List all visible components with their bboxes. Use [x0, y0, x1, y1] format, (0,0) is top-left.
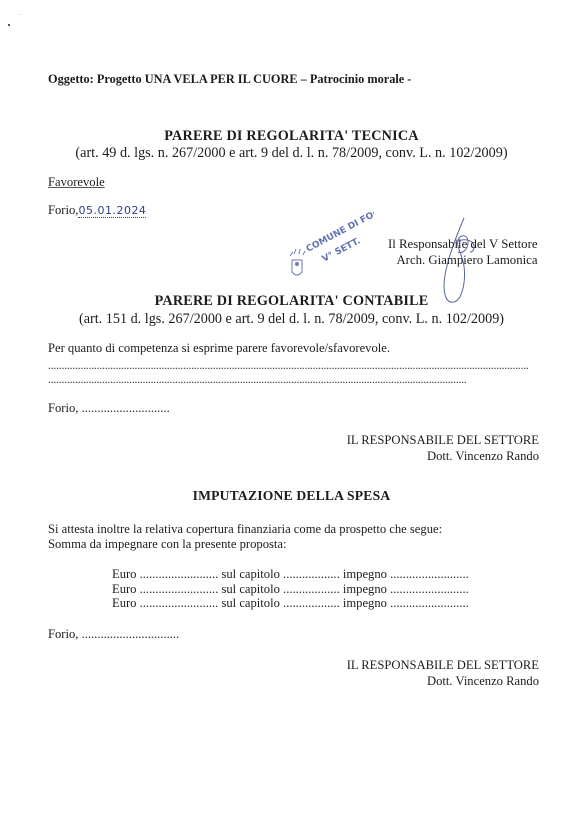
expense-intro: Si attesta inoltre la relativa copertura…: [48, 522, 442, 552]
municipal-stamp-icon: COMUNE DI FORIO V° SETT.: [284, 212, 374, 282]
expense-row: Euro ......................... sul capit…: [112, 596, 469, 611]
technical-verdict: Favorevole: [48, 175, 105, 190]
expense-place-date: Forio, ...............................: [48, 627, 179, 642]
blank-fill-line: ........................................…: [48, 358, 536, 373]
document-subject: Oggetto: Progetto UNA VELA PER IL CUORE …: [48, 72, 411, 87]
scan-speck: [20, 14, 21, 15]
accounting-signatory: IL RESPONSABILE DEL SETTORE Dott. Vincen…: [347, 432, 539, 464]
expense-row: Euro ......................... sul capit…: [112, 582, 469, 597]
technical-place-date: Forio,05.01.2024: [48, 203, 146, 218]
accounting-opinion-reference: (art. 151 d. lgs. 267/2000 e art. 9 del …: [0, 311, 583, 328]
signatory-name: Dott. Vincenzo Rando: [347, 673, 539, 689]
expense-intro-line: Somma da impegnare con la presente propo…: [48, 537, 442, 552]
technical-opinion-title: PARERE DI REGOLARITA' TECNICA: [0, 128, 583, 145]
signatory-name: Dott. Vincenzo Rando: [347, 448, 539, 464]
accounting-statement: Per quanto di competenza si esprime pare…: [48, 341, 390, 356]
scan-speck: [8, 24, 10, 26]
expense-rows: Euro ......................... sul capit…: [112, 567, 469, 611]
signatory-role: IL RESPONSABILE DEL SETTORE: [347, 657, 539, 673]
signatory-role: IL RESPONSABILE DEL SETTORE: [347, 432, 539, 448]
technical-opinion-reference: (art. 49 d. lgs. n. 267/2000 e art. 9 de…: [0, 145, 583, 162]
accounting-opinion-title: PARERE DI REGOLARITA' CONTABILE: [0, 293, 583, 310]
blank-fill-line: ........................................…: [48, 372, 474, 387]
expense-signatory: IL RESPONSABILE DEL SETTORE Dott. Vincen…: [347, 657, 539, 689]
expense-row: Euro ......................... sul capit…: [112, 567, 469, 582]
place-label: Forio,: [48, 203, 78, 217]
expense-intro-line: Si attesta inoltre la relativa copertura…: [48, 522, 442, 537]
expense-title: IMPUTAZIONE DELLA SPESA: [0, 488, 583, 504]
accounting-place-date: Forio, ............................: [48, 401, 170, 416]
handwritten-date: 05.01.2024: [78, 204, 146, 218]
